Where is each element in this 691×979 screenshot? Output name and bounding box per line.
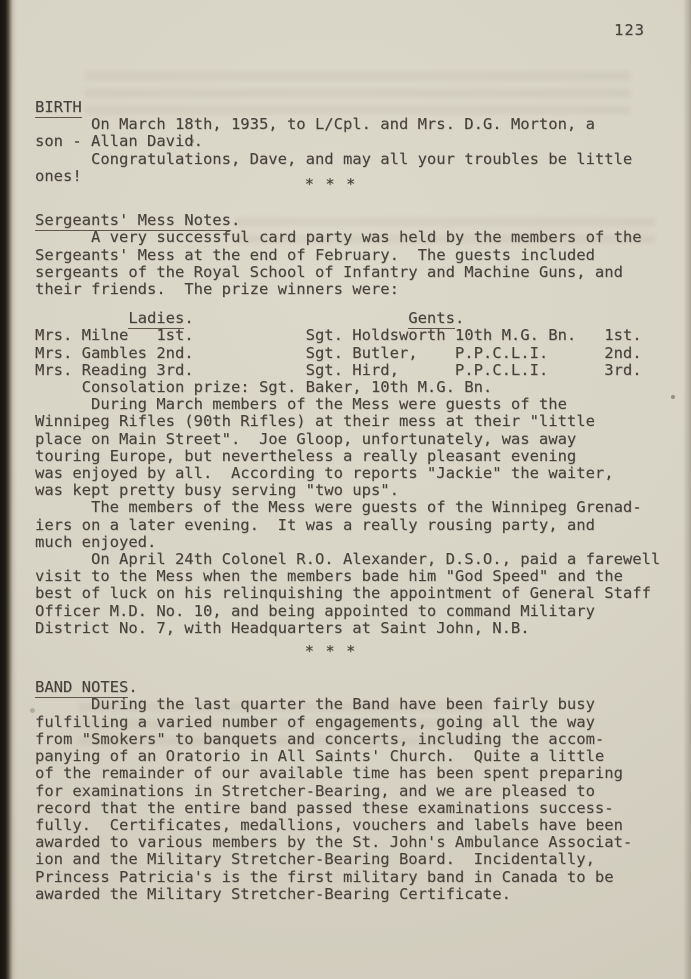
section-sergeants-mess: Sergeants' Mess Notes. A very successful…: [35, 212, 675, 660]
gents-header-text: Gents: [408, 309, 455, 329]
birth-heading: BIRTH: [35, 99, 675, 116]
section-divider-asterisks: * * *: [35, 176, 626, 193]
page-right-edge-shadow: [683, 0, 691, 979]
page-content: BIRTH On March 18th, 1935, to L/Cpl. and…: [35, 99, 675, 903]
sergeants-mess-heading: Sergeants' Mess Notes.: [35, 212, 675, 229]
scanned-document-page: 123 BIRTH On March 18th, 1935, to L/Cpl.…: [0, 0, 691, 979]
page-number: 123: [614, 22, 645, 39]
section-band-notes: BAND NOTES. During the last quarter the …: [35, 679, 675, 903]
prize-table-gents-header: Gents.: [408, 310, 464, 327]
sergeants-mess-heading-period: .: [231, 211, 240, 229]
prize-table-ladies-header: Ladies.: [128, 310, 193, 327]
band-notes-heading: BAND NOTES.: [35, 679, 675, 696]
ladies-header-text: Ladies: [128, 309, 184, 329]
ladies-header-period: .: [184, 309, 193, 327]
prize-table-rows: Mrs. Milne 1st. Sgt. Holdsworth 10th M.G…: [35, 327, 675, 396]
sergeants-mess-april-paragraph: On April 24th Colonel R.O. Alexander, D.…: [35, 551, 675, 637]
prize-table-header-row: Ladies. Gents.: [35, 310, 675, 327]
page-left-edge-shadow: [0, 0, 17, 979]
gents-header-period: .: [455, 309, 464, 327]
sergeants-mess-intro-paragraph: A very successful card party was held by…: [35, 229, 675, 298]
section-birth: BIRTH On March 18th, 1935, to L/Cpl. and…: [35, 99, 675, 193]
section-divider-asterisks: * * *: [35, 643, 626, 660]
sergeants-mess-march-paragraph: During March members of the Mess were gu…: [35, 396, 675, 551]
band-notes-heading-period: .: [128, 678, 137, 696]
band-notes-paragraph: During the last quarter the Band have be…: [35, 696, 675, 902]
